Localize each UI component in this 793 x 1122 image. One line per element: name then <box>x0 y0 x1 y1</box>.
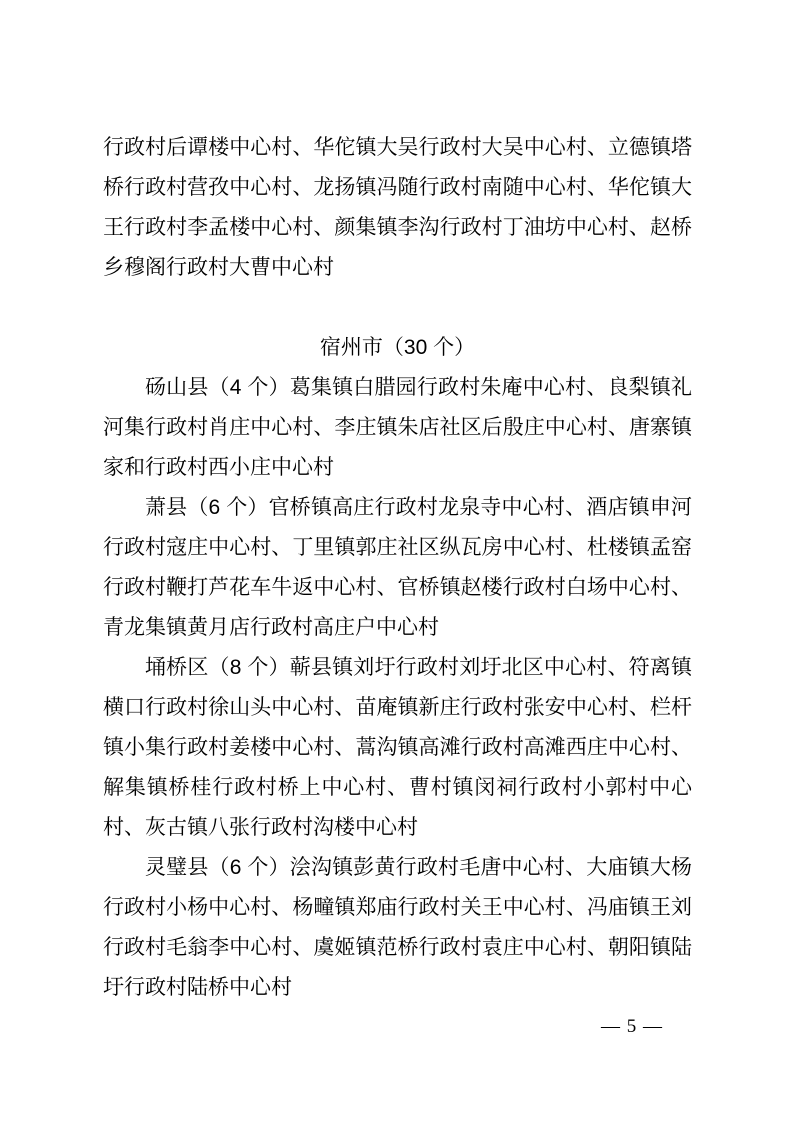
paragraph-yongqiao-district: 埇桥区（8 个）蕲县镇刘圩行政村刘圩北区中心村、符离镇横口行政村徐山头中心村、苗… <box>103 648 692 848</box>
document-page: 行政村后谭楼中心村、华佗镇大吴行政村大吴中心村、立德镇塔桥行政村营孜中心村、龙扬… <box>0 0 793 1122</box>
section-title-suzhou-city: 宿州市（30 个） <box>103 328 692 368</box>
page-number: — 5 — <box>601 1016 663 1038</box>
paragraph-dangshan-county: 砀山县（4 个）葛集镇白腊园行政村朱庵中心村、良梨镇礼河集行政村肖庄中心村、李庄… <box>103 368 692 488</box>
paragraph-lingbi-county: 灵璧县（6 个）浍沟镇彭黄行政村毛唐中心村、大庙镇大杨行政村小杨中心村、杨疃镇郑… <box>103 848 692 1008</box>
paragraph-xiao-county: 萧县（6 个）官桥镇高庄行政村龙泉寺中心村、酒店镇申河行政村寇庄中心村、丁里镇郭… <box>103 488 692 648</box>
document-body: 行政村后谭楼中心村、华佗镇大吴行政村大吴中心村、立德镇塔桥行政村营孜中心村、龙扬… <box>103 128 692 1008</box>
paragraph-continuation: 行政村后谭楼中心村、华佗镇大吴行政村大吴中心村、立德镇塔桥行政村营孜中心村、龙扬… <box>103 128 692 288</box>
